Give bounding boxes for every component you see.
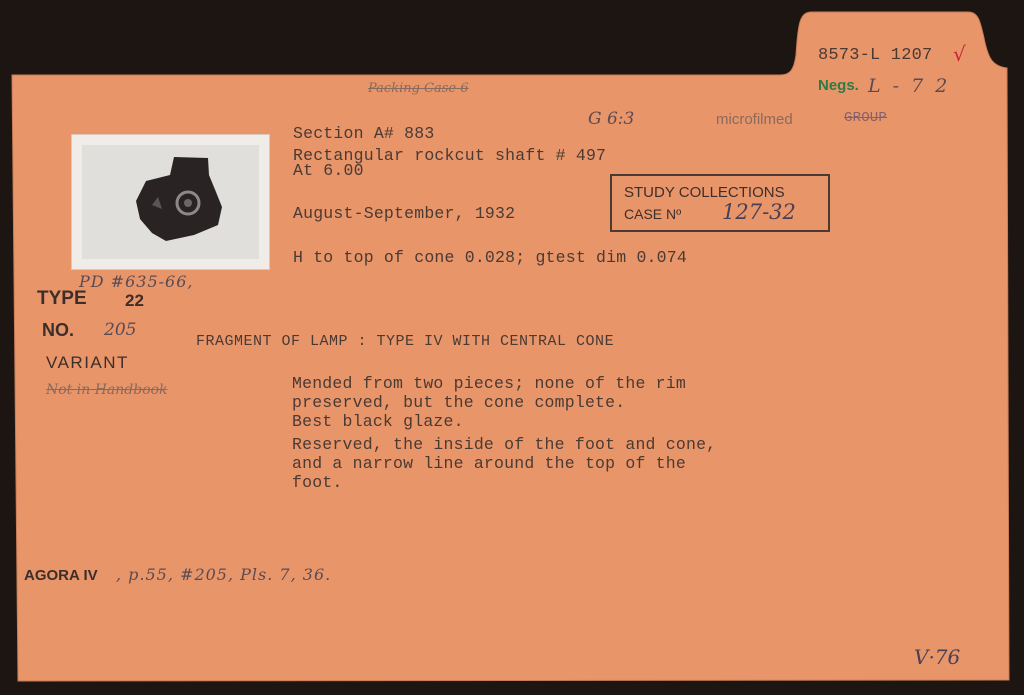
check-mark-icon: √ — [953, 42, 966, 66]
type-label: TYPE — [37, 288, 87, 310]
description-line: preserved, but the cone complete. — [292, 392, 716, 413]
negs-value: L - 7 2 — [868, 75, 950, 97]
reference-label: AGORA IV — [24, 567, 98, 584]
date-line: August-September, 1932 — [293, 204, 515, 223]
reference-details: , p.55, #205, Pls. 7, 36. — [116, 565, 331, 584]
description-line: Reserved, the inside of the foot and con… — [292, 434, 716, 455]
no-value: 205 — [104, 320, 136, 340]
artifact-photo — [72, 135, 269, 269]
photo-caption: PD #635-66, — [79, 272, 193, 291]
description-line: Best black glaze. — [292, 411, 716, 432]
study-collections-title: STUDY COLLECTIONS — [624, 184, 785, 201]
depth-line: At 6.00 — [293, 161, 364, 180]
description-line: foot. — [292, 472, 716, 493]
negs-label: Negs. — [818, 77, 859, 94]
description-title: FRAGMENT OF LAMP : TYPE IV WITH CENTRAL … — [196, 333, 614, 350]
lamp-fragment-image — [82, 145, 259, 259]
description-line: and a narrow line around the top of the — [292, 453, 716, 474]
catalog-card: 8573-L 1207 √ Negs. L - 7 2 GROUP Packin… — [0, 0, 1024, 695]
description-body: Mended from two pieces; none of the rim … — [292, 373, 716, 493]
grid-reference: G 6:3 — [588, 109, 634, 129]
no-label: NO. — [42, 320, 74, 341]
case-label: CASE Nº — [624, 206, 681, 222]
catalog-number: 8573-L 1207 — [818, 46, 932, 65]
section-line: Section A# 883 — [293, 124, 434, 143]
footer-mark: V·76 — [914, 645, 960, 669]
group-label: GROUP — [844, 110, 887, 126]
case-number: 127-32 — [722, 200, 796, 224]
dimensions-line: H to top of cone 0.028; gtest dim 0.074 — [293, 248, 687, 267]
study-collections-stamp: STUDY COLLECTIONS CASE Nº 127-32 — [610, 174, 830, 232]
variant-label: VARIANT — [46, 353, 129, 373]
variant-note: Not in Handbook — [46, 382, 168, 398]
microfilmed-stamp: microfilmed — [716, 111, 793, 128]
description-line: Mended from two pieces; none of the rim — [292, 373, 716, 394]
packing-case-note: Packing Case 6 — [368, 81, 469, 96]
type-value: 22 — [125, 291, 144, 311]
